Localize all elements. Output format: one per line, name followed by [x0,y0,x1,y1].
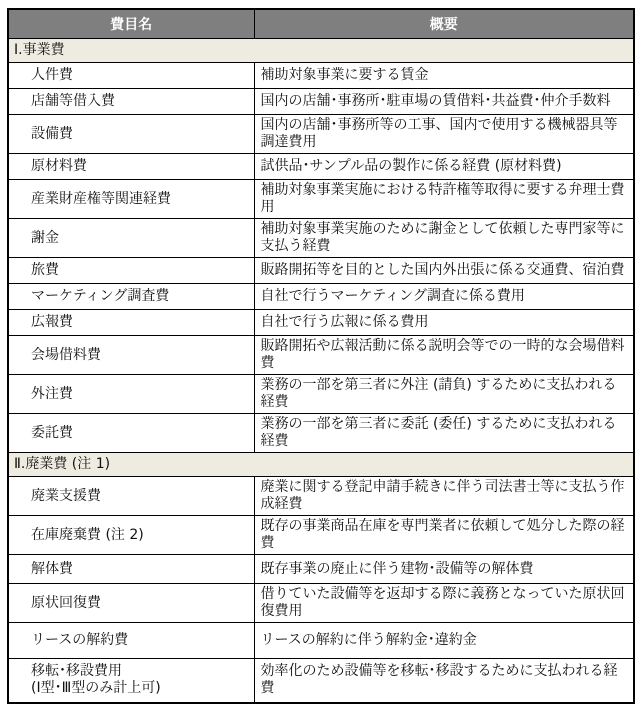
expense-table-document: 費目名 概要 Ⅰ.事業費人件費補助対象事業に要する賃金店舗等借入費国内の店舗･事… [7,8,635,704]
table-row: 設備費国内の店舗･事務所等の工事、国内で使用する機械器具等調達費用 [8,115,634,154]
table-row: 会場借料費販路開拓や広報活動に係る説明会等での一時的な会場借料費 [8,336,634,375]
item-name: 解体費 [31,561,73,577]
table-row: 産業財産権等関連経費補助対象事業実施における特許権等取得に要する弁理士費用 [8,180,634,219]
section-row: Ⅰ.事業費 [8,39,634,63]
item-name: マーケティング調査費 [31,288,169,304]
table-row: 外注費業務の一部を第三者に外注 (請負) するために支払われる経費 [8,375,634,414]
table-row: 旅費販路開拓等を目的とした国内外出張に係る交通費、宿泊費 [8,258,634,284]
item-desc-cell: リースの解約に伴う解約金･違約金 [254,623,634,659]
item-name: リースの解約費 [31,632,128,648]
item-desc-cell: 補助対象事業に要する賃金 [254,63,634,89]
table-row: 原材料費試供品･サンプル品の製作に係る経費 (原材料費) [8,154,634,180]
item-name-cell: 解体費 [8,555,254,584]
item-desc-cell: 業務の一部を第三者に委託 (委任) するために支払われる経費 [254,414,634,453]
item-name-cell: 廃業支援費 [8,477,254,516]
item-desc-cell: 国内の店舗･事務所･駐車場の賃借料･共益費･仲介手数料 [254,89,634,115]
section-row: Ⅱ.廃業費 (注 1) [8,453,634,477]
item-name: 原材料費 [31,158,87,174]
table-row: 人件費補助対象事業に要する賃金 [8,63,634,89]
table-row: 謝金補助対象事業実施のために謝金として依頼した専門家等に支払う経費 [8,219,634,258]
item-name-line2: (Ⅰ型･Ⅲ型のみ計上可) [31,680,161,696]
table-row: 解体費既存事業の廃止に伴う建物･設備等の解体費 [8,555,634,584]
item-name-cell: 謝金 [8,219,254,258]
item-name-cell: リースの解約費 [8,623,254,659]
item-desc-cell: 廃業に関する登記申請手続きに伴う司法書士等に支払う作成経費 [254,477,634,516]
item-name: 原状回復費 [31,595,101,611]
item-name-cell: 原状回復費 [8,584,254,623]
item-name-cell: 在庫廃棄費 (注 2) [8,516,254,555]
item-desc-cell: 業務の一部を第三者に外注 (請負) するために支払われる経費 [254,375,634,414]
column-header-item-name: 費目名 [8,9,254,39]
item-name-cell: マーケティング調査費 [8,284,254,310]
item-name-cell: 旅費 [8,258,254,284]
item-name: 在庫廃棄費 (注 2) [31,527,144,543]
item-desc-cell: 販路開拓等を目的とした国内外出張に係る交通費、宿泊費 [254,258,634,284]
item-name-cell: 広報費 [8,310,254,336]
section-header: Ⅱ.廃業費 (注 1) [8,453,634,477]
expense-table-body: Ⅰ.事業費人件費補助対象事業に要する賃金店舗等借入費国内の店舗･事務所･駐車場の… [8,39,634,703]
column-header-overview: 概要 [254,9,634,39]
item-desc-cell: 借りていた設備等を返却する際に義務となっていた原状回復費用 [254,584,634,623]
item-name: 委託費 [31,425,73,441]
item-name: 廃業支援費 [31,488,101,504]
item-desc-cell: 自社で行うマーケティング調査に係る費用 [254,284,634,310]
item-desc-cell: 自社で行う広報に係る費用 [254,310,634,336]
item-name-cell: 外注費 [8,375,254,414]
item-name: 外注費 [31,386,73,402]
item-desc-cell: 国内の店舗･事務所等の工事、国内で使用する機械器具等調達費用 [254,115,634,154]
item-desc-cell: 販路開拓や広報活動に係る説明会等での一時的な会場借料費 [254,336,634,375]
table-row: 原状回復費借りていた設備等を返却する際に義務となっていた原状回復費用 [8,584,634,623]
table-row: 在庫廃棄費 (注 2)既存の事業商品在庫を専門業者に依頼して処分した際の経費 [8,516,634,555]
table-row: 廃業支援費廃業に関する登記申請手続きに伴う司法書士等に支払う作成経費 [8,477,634,516]
item-name-cell: 移転･移設費用(Ⅰ型･Ⅲ型のみ計上可) [8,659,254,703]
item-name: 設備費 [31,126,73,142]
item-name-cell: 設備費 [8,115,254,154]
item-name-cell: 原材料費 [8,154,254,180]
item-name: 店舗等借入費 [31,93,115,109]
item-name-cell: 委託費 [8,414,254,453]
item-desc-cell: 既存事業の廃止に伴う建物･設備等の解体費 [254,555,634,584]
item-name: 広報費 [31,314,73,330]
item-desc-cell: 試供品･サンプル品の製作に係る経費 (原材料費) [254,154,634,180]
item-name-cell: 会場借料費 [8,336,254,375]
item-name-cell: 店舗等借入費 [8,89,254,115]
item-desc-cell: 効率化のため設備等を移転･移設するために支払われる経費 [254,659,634,703]
item-name: 会場借料費 [31,347,101,363]
item-name-cell: 人件費 [8,63,254,89]
expense-table: 費目名 概要 Ⅰ.事業費人件費補助対象事業に要する賃金店舗等借入費国内の店舗･事… [7,8,635,704]
table-row: マーケティング調査費自社で行うマーケティング調査に係る費用 [8,284,634,310]
section-header: Ⅰ.事業費 [8,39,634,63]
header-row: 費目名 概要 [8,9,634,39]
item-desc-cell: 補助対象事業実施のために謝金として依頼した専門家等に支払う経費 [254,219,634,258]
item-name: 謝金 [31,230,59,246]
table-row: リースの解約費リースの解約に伴う解約金･違約金 [8,623,634,659]
item-desc-cell: 補助対象事業実施における特許権等取得に要する弁理士費用 [254,180,634,219]
item-name: 産業財産権等関連経費 [31,191,171,207]
item-name: 人件費 [31,67,73,83]
table-row: 店舗等借入費国内の店舗･事務所･駐車場の賃借料･共益費･仲介手数料 [8,89,634,115]
table-row: 移転･移設費用(Ⅰ型･Ⅲ型のみ計上可)効率化のため設備等を移転･移設するために支… [8,659,634,703]
table-row: 委託費業務の一部を第三者に委託 (委任) するために支払われる経費 [8,414,634,453]
item-desc-cell: 既存の事業商品在庫を専門業者に依頼して処分した際の経費 [254,516,634,555]
item-name: 旅費 [31,262,59,278]
item-name-cell: 産業財産権等関連経費 [8,180,254,219]
item-name: 移転･移設費用 [31,663,122,679]
expense-table-header: 費目名 概要 [8,9,634,39]
table-row: 広報費自社で行う広報に係る費用 [8,310,634,336]
